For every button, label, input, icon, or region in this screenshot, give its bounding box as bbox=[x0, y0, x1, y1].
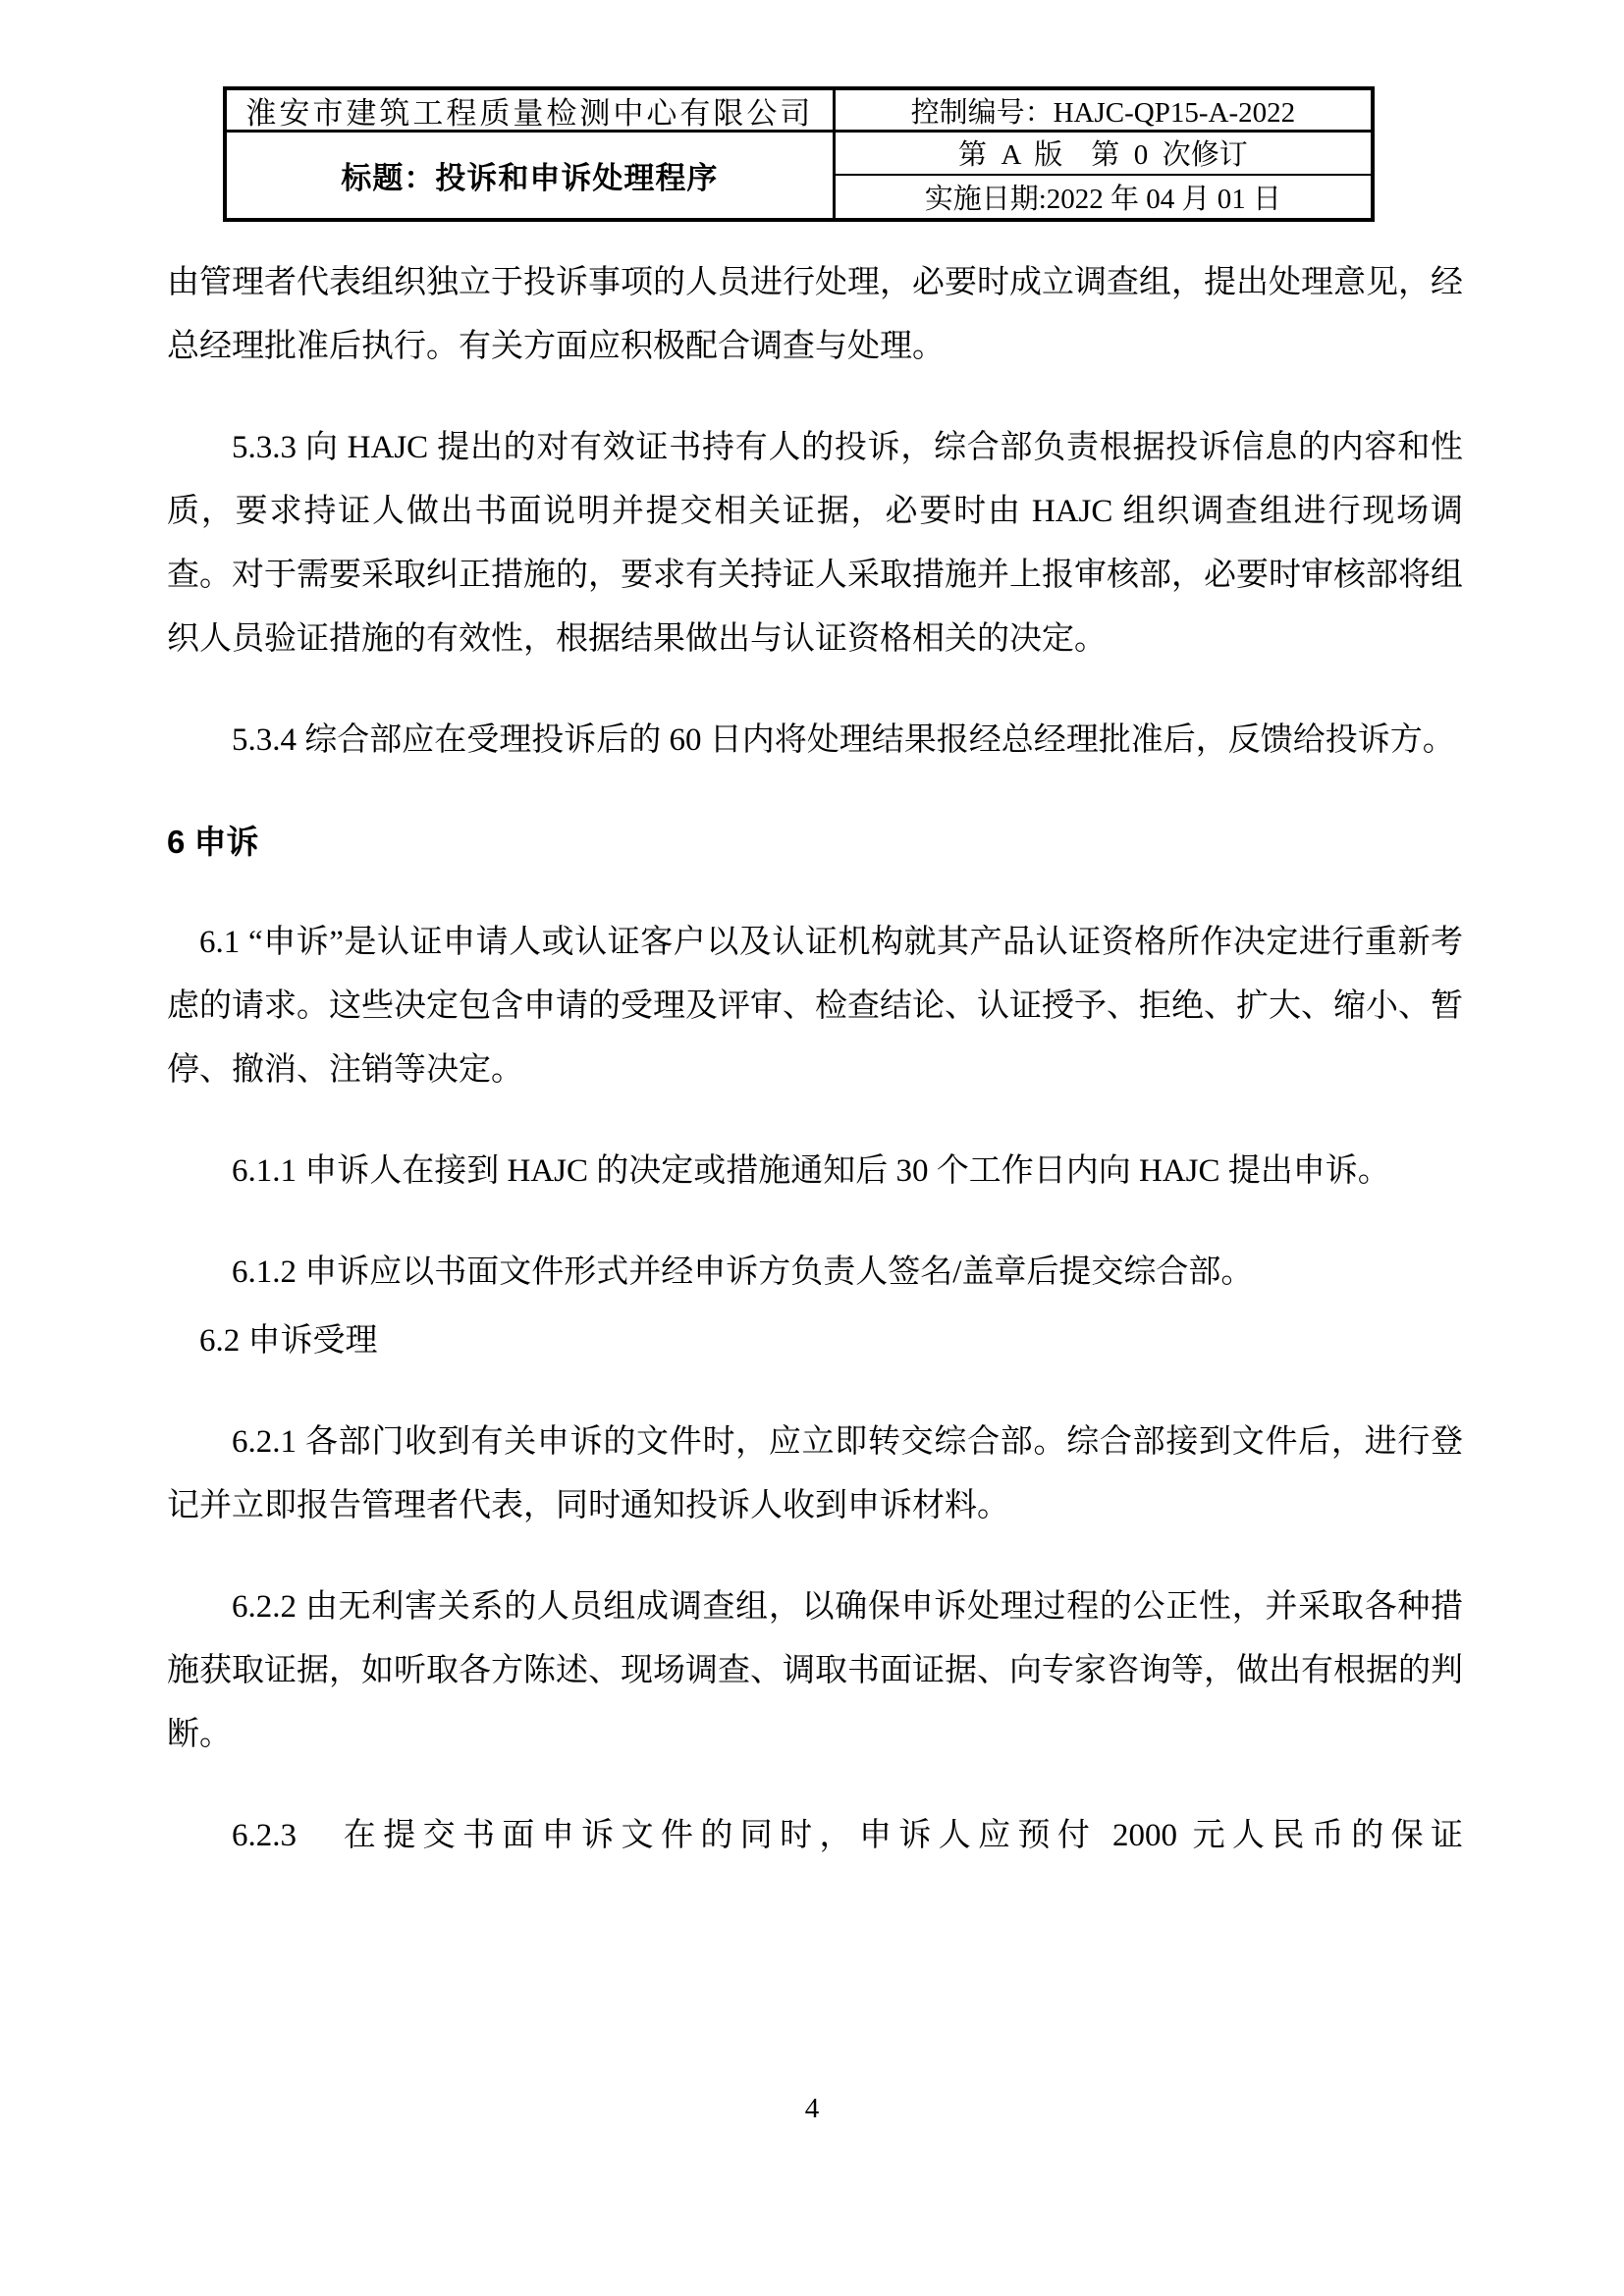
clause-5-3-4: 5.3.4 综合部应在受理投诉后的 60 日内将处理结果报经总经理批准后，反馈给… bbox=[167, 709, 1463, 773]
clause-5-3-3: 5.3.3 向 HAJC 提出的对有效证书持有人的投诉，综合部负责根据投诉信息的… bbox=[167, 416, 1463, 671]
clause-6-2-2: 6.2.2 由无利害关系的人员组成调查组，以确保申诉处理过程的公正性，并采取各种… bbox=[167, 1575, 1463, 1767]
version-revision: 第 A 版 第 0 次修订 bbox=[836, 133, 1371, 175]
clause-6-1-2: 6.1.2 申诉应以书面文件形式并经申诉方负责人签名/盖章后提交综合部。 bbox=[167, 1241, 1463, 1305]
clause-6-1-1: 6.1.1 申诉人在接到 HAJC 的决定或措施通知后 30 个工作日内向 HA… bbox=[167, 1140, 1463, 1203]
clause-6-2-3: 6.2.3 在提交书面申诉文件的同时，申诉人应预付 2000 元人民币的保证 bbox=[167, 1804, 1463, 1868]
control-number: 控制编号：HAJC-QP15-A-2022 bbox=[836, 90, 1371, 133]
implementation-date: 实施日期:2022 年 04 月 01 日 bbox=[836, 175, 1371, 218]
document-body: 由管理者代表组织独立于投诉事项的人员进行处理，必要时成立调查组，提出处理意见，经… bbox=[167, 251, 1463, 1905]
clause-6-2-1: 6.2.1 各部门收到有关申诉的文件时，应立即转交综合部。综合部接到文件后，进行… bbox=[167, 1411, 1463, 1538]
clause-6-1: 6.1 “申诉”是认证申请人或认证客户以及认证机构就其产品认证资格所作决定进行重… bbox=[167, 911, 1463, 1102]
document-page: 淮安市建筑工程质量检测中心有限公司 标题：投诉和申诉处理程序 控制编号：HAJC… bbox=[0, 0, 1624, 2296]
company-name: 淮安市建筑工程质量检测中心有限公司 bbox=[227, 90, 836, 133]
document-header-table: 淮安市建筑工程质量检测中心有限公司 标题：投诉和申诉处理程序 控制编号：HAJC… bbox=[223, 86, 1375, 222]
clause-6-2: 6.2 申诉受理 bbox=[167, 1309, 1463, 1373]
paragraph-continuation: 由管理者代表组织独立于投诉事项的人员进行处理，必要时成立调查组，提出处理意见，经… bbox=[167, 251, 1463, 379]
document-title: 标题：投诉和申诉处理程序 bbox=[227, 133, 836, 218]
page-number: 4 bbox=[0, 2093, 1624, 2125]
section-heading-6: 6 申诉 bbox=[167, 810, 1463, 874]
